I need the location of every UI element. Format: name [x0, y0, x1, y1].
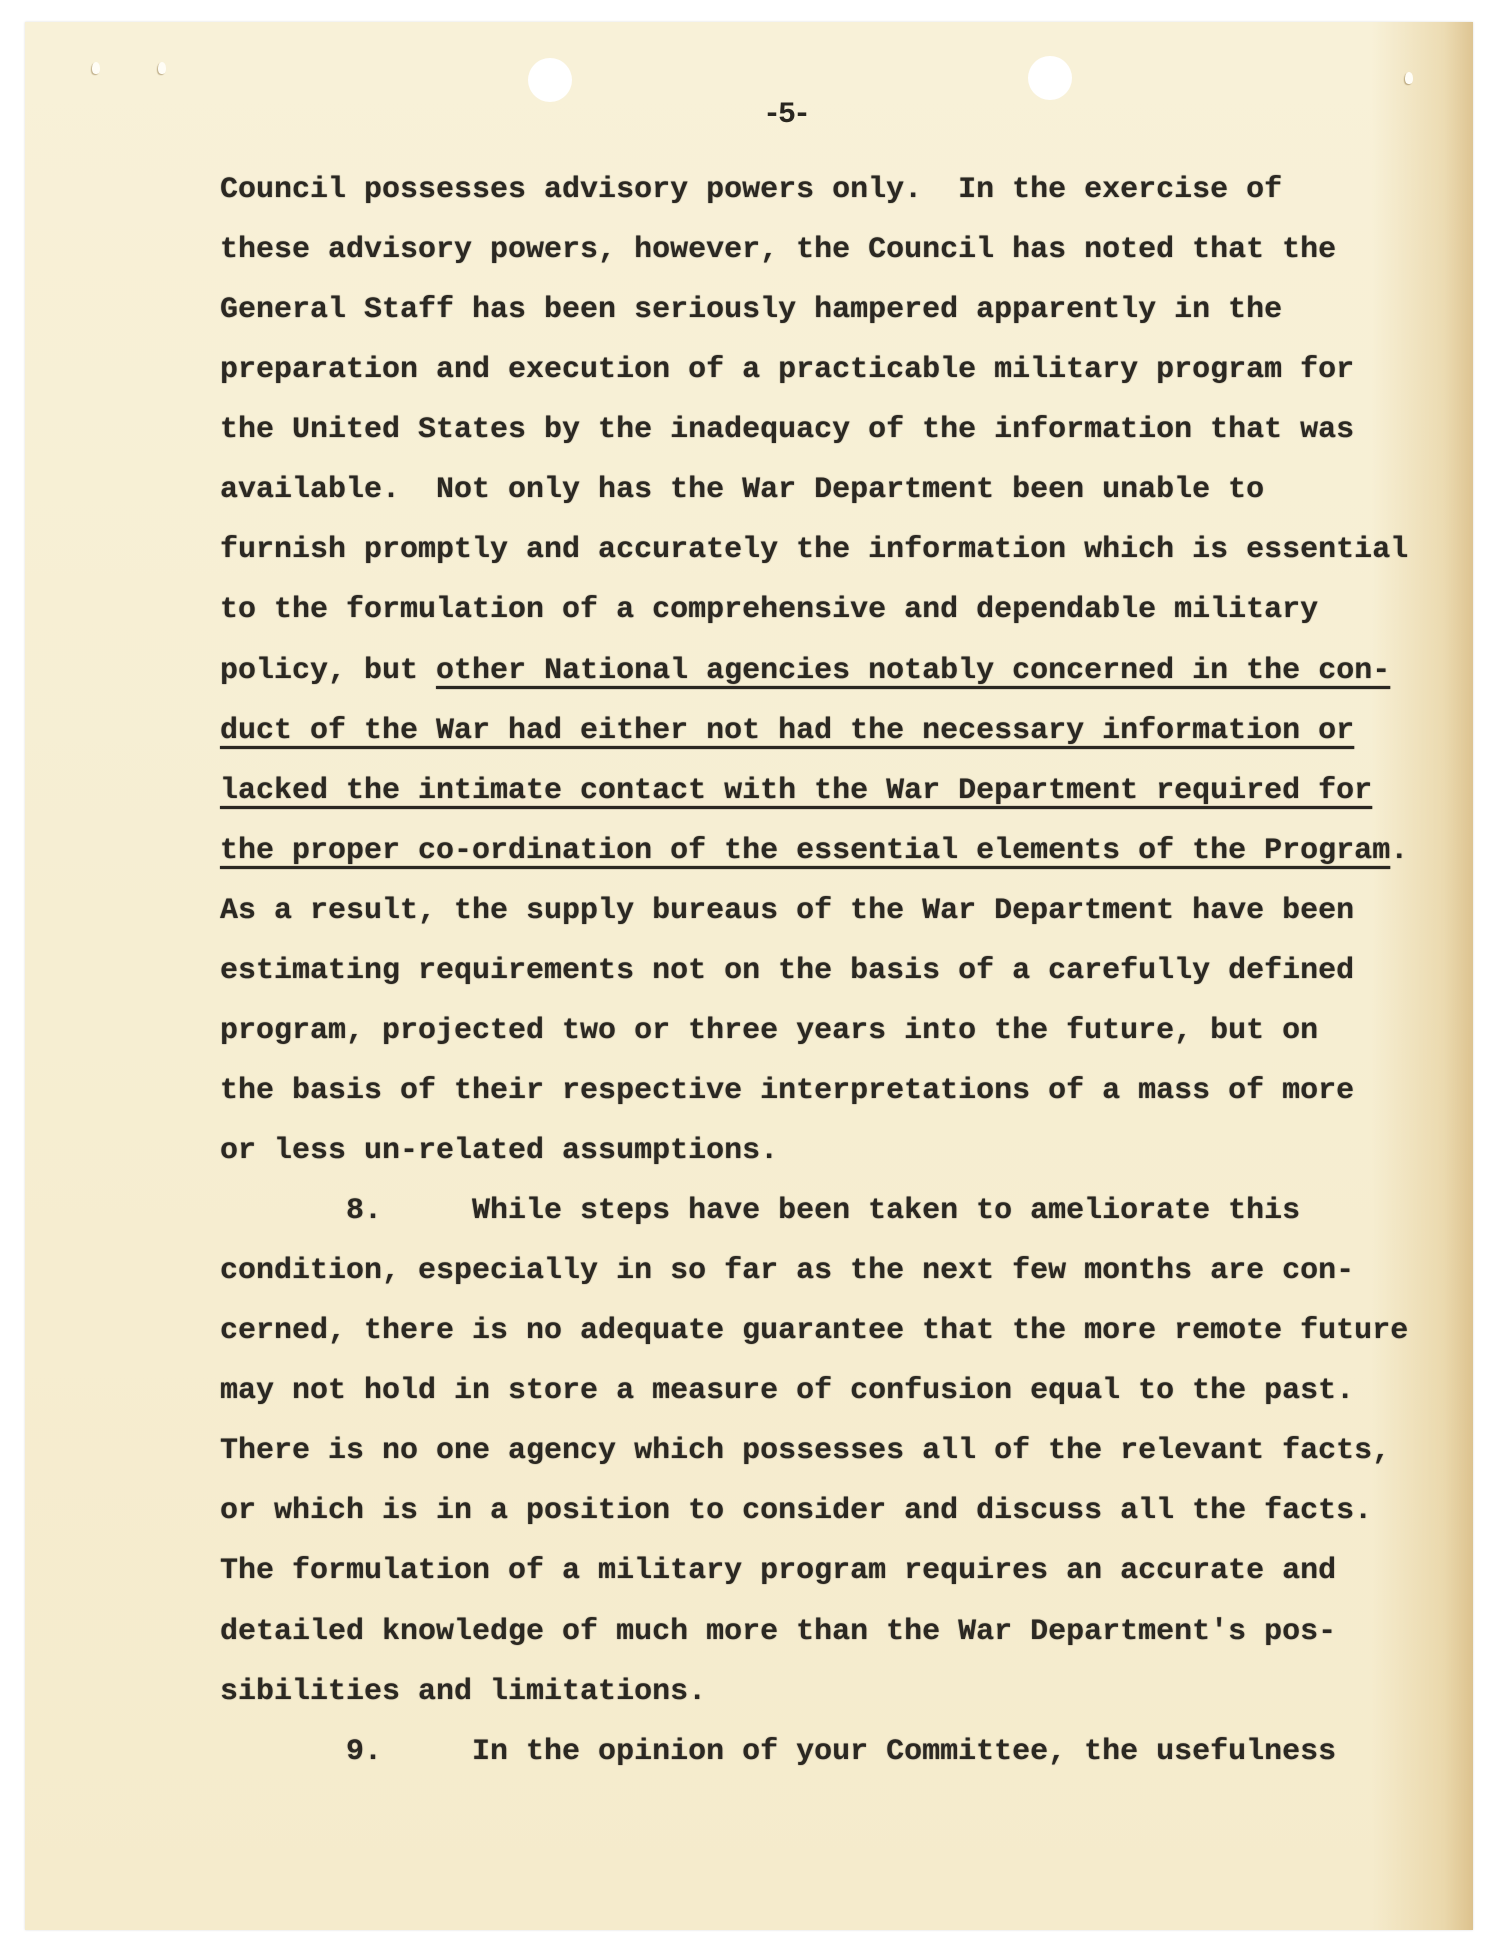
text-line: may not hold in store a measure of confu…	[220, 1361, 1408, 1421]
text-segment: detailed knowledge of much more than the…	[220, 1615, 1336, 1649]
text-line: these advisory powers, however, the Coun…	[220, 220, 1408, 280]
text-segment: available. Not only has the War Departme…	[220, 473, 1264, 507]
text-segment: to the formulation of a comprehensive an…	[220, 593, 1318, 627]
punch-hole-left	[528, 58, 572, 102]
text-segment: these advisory powers, however, the Coun…	[220, 233, 1336, 267]
text-line: The formulation of a military program re…	[220, 1541, 1408, 1601]
text-segment: The formulation of a military program re…	[220, 1554, 1336, 1588]
text-segment: furnish promptly and accurately the info…	[220, 533, 1408, 567]
text-line: General Staff has been seriously hampere…	[220, 280, 1408, 340]
text-line: detailed knowledge of much more than the…	[220, 1602, 1408, 1662]
text-line: estimating requirements not on the basis…	[220, 941, 1408, 1001]
text-line: or which is in a position to consider an…	[220, 1481, 1408, 1541]
text-segment: sibilities and limitations.	[220, 1675, 706, 1709]
pin-mark	[158, 62, 166, 74]
underlined-text: the proper co-ordination of the essentia…	[220, 834, 1390, 868]
text-segment: There is no one agency which possesses a…	[220, 1434, 1390, 1468]
text-segment: .	[1390, 834, 1408, 868]
underlined-text: other National agencies notably concerne…	[436, 654, 1390, 688]
text-line: cerned, there is no adequate guarantee t…	[220, 1301, 1408, 1361]
text-line: Council possesses advisory powers only. …	[220, 160, 1408, 220]
text-line: the basis of their respective interpreta…	[220, 1061, 1408, 1121]
pin-mark	[1405, 72, 1413, 84]
text-segment: 8. While steps have been taken to amelio…	[220, 1194, 1300, 1228]
text-line: lacked the intimate contact with the War…	[220, 761, 1408, 821]
text-segment: the United States by the inadequacy of t…	[220, 413, 1354, 447]
text-line: to the formulation of a comprehensive an…	[220, 580, 1408, 640]
text-segment: estimating requirements not on the basis…	[220, 954, 1354, 988]
text-line: the proper co-ordination of the essentia…	[220, 821, 1408, 881]
punch-hole-right	[1028, 56, 1072, 100]
text-segment: may not hold in store a measure of confu…	[220, 1374, 1354, 1408]
text-segment: preparation and execution of a practicab…	[220, 353, 1354, 387]
text-line: There is no one agency which possesses a…	[220, 1421, 1408, 1481]
text-line: sibilities and limitations.	[220, 1662, 1408, 1722]
text-segment: program, projected two or three years in…	[220, 1014, 1318, 1048]
text-line: 8. While steps have been taken to amelio…	[220, 1181, 1408, 1241]
page-number: -5-	[763, 98, 808, 132]
text-segment: 9. In the opinion of your Committee, the…	[220, 1735, 1336, 1769]
text-segment: the basis of their respective interpreta…	[220, 1074, 1354, 1108]
text-segment: condition, especially in so far as the n…	[220, 1254, 1354, 1288]
document-body: Council possesses advisory powers only. …	[220, 160, 1408, 1782]
text-line: or less un-related assumptions.	[220, 1121, 1408, 1181]
text-line: 9. In the opinion of your Committee, the…	[220, 1722, 1408, 1782]
pin-mark	[92, 62, 100, 74]
text-line: program, projected two or three years in…	[220, 1001, 1408, 1061]
text-segment: or less un-related assumptions.	[220, 1134, 778, 1168]
text-line: condition, especially in so far as the n…	[220, 1241, 1408, 1301]
underlined-text: lacked the intimate contact with the War…	[220, 774, 1372, 808]
text-line: duct of the War had either not had the n…	[220, 701, 1408, 761]
text-line: policy, but other National agencies nota…	[220, 641, 1408, 701]
text-segment: cerned, there is no adequate guarantee t…	[220, 1314, 1408, 1348]
text-segment: Council possesses advisory powers only. …	[220, 173, 1282, 207]
text-line: furnish promptly and accurately the info…	[220, 520, 1408, 580]
text-segment: or which is in a position to consider an…	[220, 1494, 1372, 1528]
text-line: the United States by the inadequacy of t…	[220, 400, 1408, 460]
text-line: available. Not only has the War Departme…	[220, 460, 1408, 520]
text-line: As a result, the supply bureaus of the W…	[220, 881, 1408, 941]
underlined-text: duct of the War had either not had the n…	[220, 714, 1354, 748]
text-line: preparation and execution of a practicab…	[220, 340, 1408, 400]
text-segment: General Staff has been seriously hampere…	[220, 293, 1282, 327]
text-segment: policy, but	[220, 654, 436, 688]
text-segment: As a result, the supply bureaus of the W…	[220, 894, 1354, 928]
